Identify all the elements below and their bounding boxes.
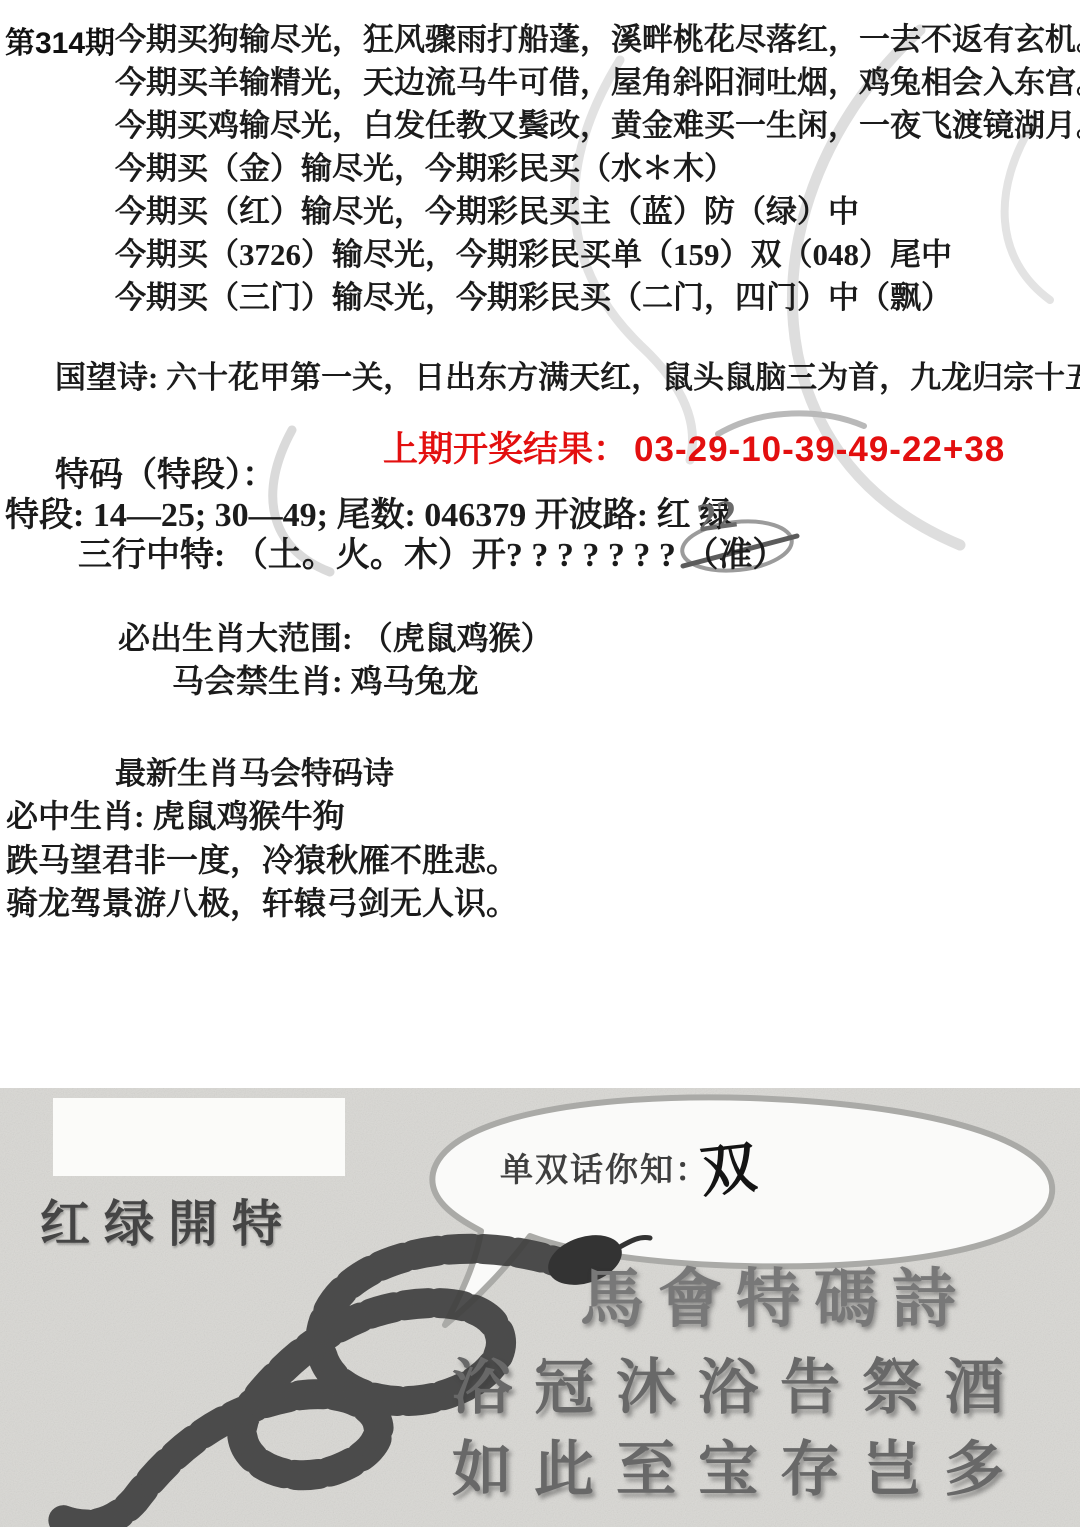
tip-sheet-page: 第314期 今期买狗输尽光，狂风骤雨打船蓬，溪畔桃花尽落红，一去不返有玄机。 今… xyxy=(0,0,1080,1527)
tip-line: 今期买羊输精光，天边流马牛可借，屋角斜阳洞吐烟，鸡兔相会入东宫。 xyxy=(115,57,1080,102)
tip-line: 今期买（3726）输尽光，今期彩民买单（159）双（048）尾中 xyxy=(115,229,952,274)
white-patch xyxy=(53,1098,345,1176)
zodiac-poem-title: 最新生肖马会特码诗 xyxy=(115,748,394,793)
banned-zodiac: 马会禁生肖: 鸡马兔龙 xyxy=(172,656,479,702)
bubble-value: 双 xyxy=(696,1123,760,1208)
big-poem-line: 浴冠沐浴告祭酒 xyxy=(452,1340,1026,1426)
tip-line: 今期买（三门）输尽光，今期彩民买（二门，四门）中（飘） xyxy=(115,272,952,317)
bottom-panel: 红绿開特 单双话你知： 双 馬會特碼詩 浴冠沐浴告祭酒 如此至宝存岂多 xyxy=(0,1088,1080,1527)
tip-line: 今期买（金）输尽光，今期彩民买（水＊木） xyxy=(115,143,735,188)
issue-label: 第314期 xyxy=(5,18,115,62)
must-zodiac-range: 必出生肖大范围: （虎鼠鸡猴） xyxy=(118,613,553,659)
tip-line: 今期买（红）输尽光，今期彩民买主（蓝）防（绿）中 xyxy=(115,186,859,231)
red-green-title: 红绿開特 xyxy=(40,1184,296,1256)
last-draw-label: 上期开奖结果： xyxy=(383,430,628,469)
guowang-poem-line: 国望诗: 六十花甲第一关，日出东方满天红，鼠头鼠脑三为首，九龙归宗十五夜。 xyxy=(55,352,1080,397)
big-title: 馬會特碼詩 xyxy=(580,1248,970,1340)
last-draw-numbers: 03-29-10-39-49-22+38 xyxy=(634,430,1005,469)
zodiac-poem-line: 跌马望君非一度，冷猿秋雁不胜悲。 xyxy=(6,835,518,881)
last-draw-result: 上期开奖结果：03-29-10-39-49-22+38 xyxy=(383,422,1005,472)
big-poem-line: 如此至宝存岂多 xyxy=(452,1422,1026,1508)
tip-line: 今期买狗输尽光，狂风骤雨打船蓬，溪畔桃花尽落红，一去不返有玄机。 xyxy=(115,14,1080,59)
sanxing-line: 三行中特: （土。火。木）开? ? ? ? ? ? ? （准） xyxy=(78,527,786,576)
must-hit-zodiac: 必中生肖: 虎鼠鸡猴牛狗 xyxy=(6,791,345,837)
handwritten-note: 22 xyxy=(694,489,740,541)
tip-line: 今期买鸡输尽光，白发任教又鬓改，黄金难买一生闲，一夜飞渡镜湖月。 xyxy=(115,100,1080,145)
bubble-label: 单双话你知： xyxy=(500,1144,710,1191)
zodiac-poem-line: 骑龙驾景游八极，轩辕弓剑无人识。 xyxy=(6,878,518,924)
